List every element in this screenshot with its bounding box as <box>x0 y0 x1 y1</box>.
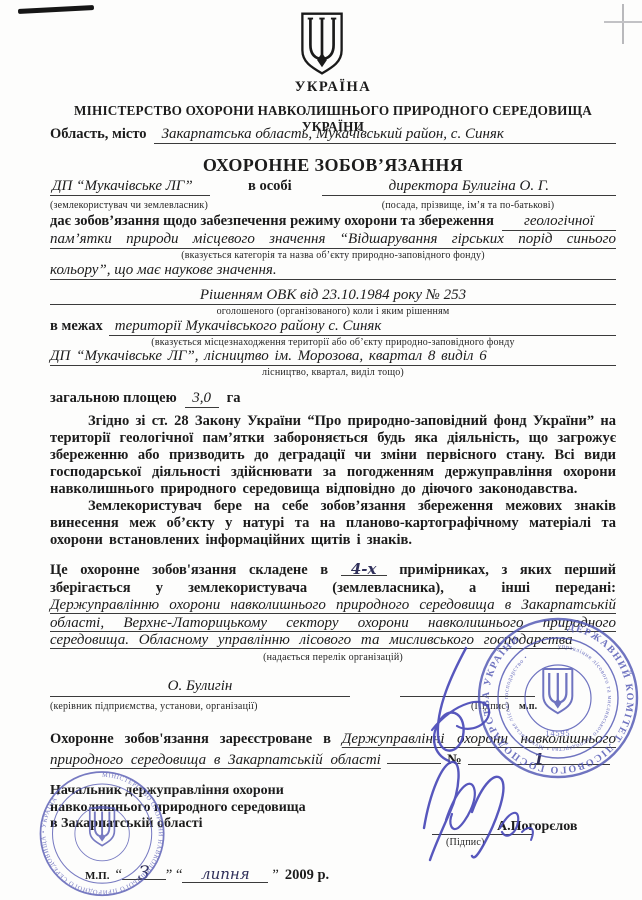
obligor-name: ДП “Мукачівське ЛГ” <box>50 178 210 196</box>
in-person-label: в особі <box>248 178 292 195</box>
within-caption: (вказується місцезнаходження території а… <box>50 337 616 348</box>
scan-registration-cross-icon <box>604 4 642 44</box>
within-value: території Мукачівського району с. Синяк <box>109 318 616 336</box>
decision-caption: оголошеного (організованого) коли і яким… <box>50 306 616 317</box>
body-paragraph-2: Землекористувач бере на себе зобов’язанн… <box>50 498 616 549</box>
copies-block: Це охоронне зобов'язання складене в 4-х … <box>50 561 616 650</box>
within-label: в межах <box>50 318 103 335</box>
signature-caption-1: (Підпис) <box>471 701 510 712</box>
official-title: Начальник держуправління охорони навколи… <box>50 783 380 833</box>
registration-number-label: № <box>447 752 462 768</box>
date-quote-2: ” “ <box>166 867 183 884</box>
country-name: УКРАЇНА <box>50 79 616 96</box>
registration-prefix: Охоронне зобов'язання зареєстроване в <box>50 731 331 747</box>
obligor-name-caption: (землекористувач чи землевласник) <box>50 200 208 211</box>
decision-value: Рішенням ОВК від 23.10.1984 року № 253 <box>50 287 616 305</box>
region-label: Область, місто <box>50 126 154 143</box>
seal-small-label: м.п. <box>519 701 537 712</box>
official-name: А.Погорєлов <box>497 819 577 835</box>
subject-lead: дає зобов’язання щодо забезпечення режим… <box>50 213 494 230</box>
registration-number-value: 1 <box>468 750 610 765</box>
body-paragraphs: Згідно зі ст. 28 Закону України “Про при… <box>50 413 616 549</box>
registration-block: Охоронне зобов'язання зареєстроване в Де… <box>50 730 616 770</box>
signatory-name: О. Булигін <box>50 678 350 697</box>
seal-place-label: М.П. <box>85 870 109 882</box>
area-unit: га <box>227 390 241 407</box>
registration-gap <box>387 749 441 764</box>
trident-icon <box>294 11 350 77</box>
copies-caption: (надається перелік організацій) <box>50 652 616 663</box>
date-month: липня <box>182 865 268 883</box>
area-label: загальною площею <box>50 390 177 407</box>
date-day: 3 <box>122 862 166 880</box>
signature-line-1 <box>400 678 535 697</box>
scan-mark-dash <box>18 5 94 14</box>
copies-count: 4-х <box>341 561 387 576</box>
subject-caption: (вказується категорія та назва об’єкту п… <box>50 250 616 261</box>
location-value: ДП “Мукачівське ЛГ”, лісництво ім. Мороз… <box>50 348 616 366</box>
signatory-caption: (керівник підприємства, установи, органі… <box>50 701 258 712</box>
official-title-line2: навколишнього природного середовища <box>50 800 380 817</box>
subject-line2: пам’ятки природи місцевого значення “Від… <box>50 231 616 249</box>
coat-of-arms <box>294 11 350 77</box>
scanned-document-page: УКРАЇНА МІНІСТЕРСТВО ОХОРОНИ НАВКОЛИШНЬО… <box>0 0 642 900</box>
subject-line3: кольору”, що має наукове значення. <box>50 262 616 280</box>
area-value: 3,0 <box>185 390 219 408</box>
official-title-line1: Начальник держуправління охорони <box>50 783 380 800</box>
signature-caption-2: (Підпис) <box>446 837 485 848</box>
location-caption: лісництво, квартал, виділ тощо) <box>50 367 616 378</box>
copies-recipients: Держуправлінню охорони навколишнього при… <box>50 597 616 648</box>
body-paragraph-1: Згідно зі ст. 28 Закону України “Про при… <box>50 413 616 498</box>
region-value: Закарпатська область, Мукачівський район… <box>154 126 616 144</box>
date-year: 2009 р. <box>285 867 329 884</box>
document-title: ОХОРОННЕ ЗОБОВ’ЯЗАННЯ <box>50 155 616 176</box>
copies-prefix: Це охоронне зобов'язання складене в <box>50 562 328 578</box>
obligor-person: директора Булигіна О. Г. <box>322 178 616 196</box>
stamp-trident-icon <box>543 669 572 713</box>
official-title-line3: в Закарпатській області <box>50 816 380 833</box>
date-quote-3: ” <box>272 867 278 884</box>
subject-category: геологічної <box>502 213 616 231</box>
obligor-person-caption: (посада, прізвище, ім’я та по-батькові) <box>320 200 616 211</box>
